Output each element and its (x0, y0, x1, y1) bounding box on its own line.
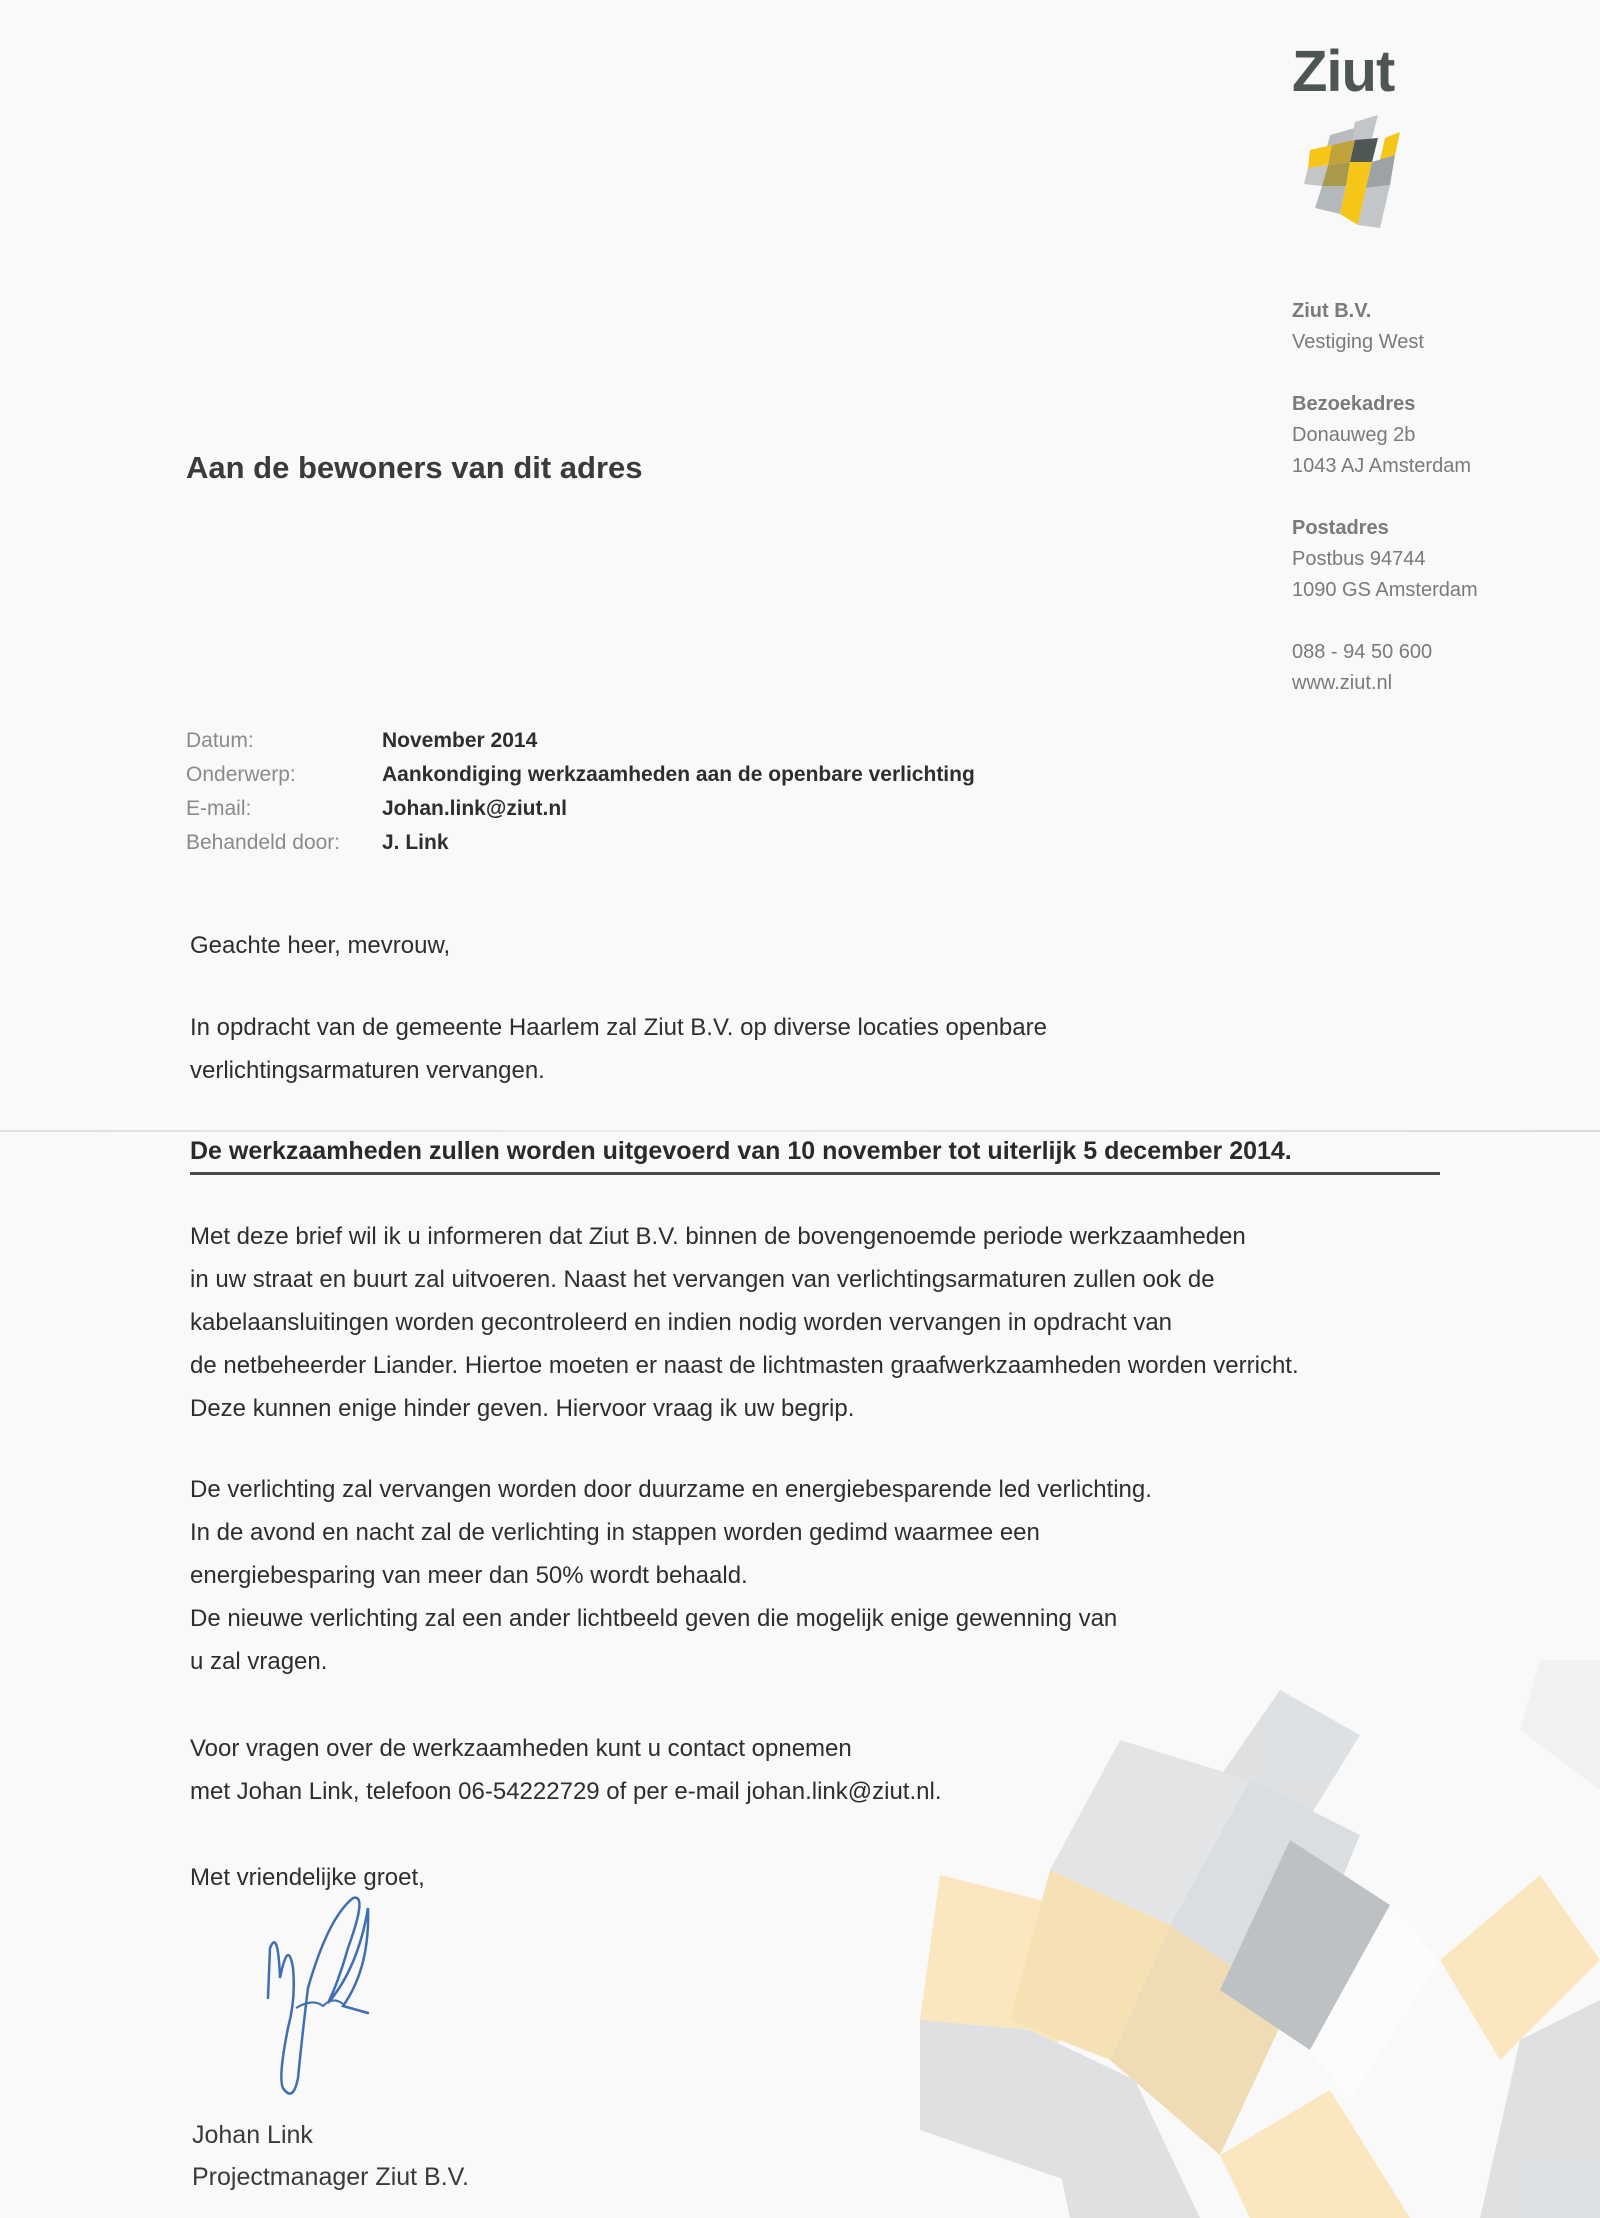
meta-value: November 2014 (382, 724, 537, 758)
addressee-heading: Aan de bewoners van dit adres (186, 450, 643, 486)
meta-value: J. Link (382, 826, 449, 860)
sender-phone: 088 - 94 50 600 (1292, 637, 1478, 668)
meta-row-email: E-mail: Johan.link@ziut.nl (186, 792, 975, 826)
ziut-checker-logo-icon (1300, 110, 1460, 270)
text-line: De nieuwe verlichting zal een ander lich… (190, 1597, 1520, 1640)
text-line: u zal vragen. (190, 1640, 1520, 1683)
post-address-label: Postadres (1292, 513, 1478, 544)
signature-icon (258, 1888, 398, 2108)
text-line: De verlichting zal vervangen worden door… (190, 1468, 1520, 1511)
letter-meta-table: Datum: November 2014 Onderwerp: Aankondi… (186, 724, 975, 860)
meta-label: Behandeld door: (186, 826, 382, 860)
meta-value: Aankondiging werkzaamheden aan de openba… (382, 758, 975, 792)
signer-name: Johan Link (192, 2114, 469, 2156)
work-period-notice: De werkzaamheden zullen worden uitgevoer… (190, 1131, 1440, 1175)
sender-website[interactable]: www.ziut.nl (1292, 668, 1478, 699)
meta-value-email[interactable]: Johan.link@ziut.nl (382, 792, 567, 826)
meta-label: Onderwerp: (186, 758, 382, 792)
meta-label: Datum: (186, 724, 382, 758)
visit-city: 1043 AJ Amsterdam (1292, 451, 1478, 482)
visit-street: Donauweg 2b (1292, 420, 1478, 451)
meta-row-date: Datum: November 2014 (186, 724, 975, 758)
paragraph-details: Met deze brief wil ik u informeren dat Z… (190, 1215, 1520, 1430)
text-line: verlichtingsarmaturen vervangen. (190, 1049, 1520, 1092)
meta-label: E-mail: (186, 792, 382, 826)
paragraph-led: De verlichting zal vervangen worden door… (190, 1468, 1520, 1683)
text-line: In opdracht van de gemeente Haarlem zal … (190, 1006, 1520, 1049)
visit-address-label: Bezoekadres (1292, 389, 1478, 420)
text-line: in uw straat en buurt zal uitvoeren. Naa… (190, 1258, 1520, 1301)
text-line: Deze kunnen enige hinder geven. Hiervoor… (190, 1387, 1520, 1430)
text-line: In de avond en nacht zal de verlichting … (190, 1511, 1520, 1554)
text-line: Met deze brief wil ik u informeren dat Z… (190, 1215, 1520, 1258)
post-box: Postbus 94744 (1292, 544, 1478, 575)
meta-row-subject: Onderwerp: Aankondiging werkzaamheden aa… (186, 758, 975, 792)
paragraph-contact: Voor vragen over de werkzaamheden kunt u… (190, 1727, 1520, 1813)
sender-branch: Vestiging West (1292, 327, 1478, 358)
text-line: energiebesparing van meer dan 50% wordt … (190, 1554, 1520, 1597)
sender-company: Ziut B.V. (1292, 296, 1478, 327)
meta-row-handled-by: Behandeld door: J. Link (186, 826, 975, 860)
text-line: met Johan Link, telefoon 06-54222729 of … (190, 1770, 1520, 1813)
signer-title: Projectmanager Ziut B.V. (192, 2156, 469, 2198)
sender-address-block: Ziut B.V. Vestiging West Bezoekadres Don… (1292, 296, 1478, 699)
paragraph-intro: In opdracht van de gemeente Haarlem zal … (190, 1006, 1520, 1092)
text-line: kabelaansluitingen worden gecontroleerd … (190, 1301, 1520, 1344)
signer-block: Johan Link Projectmanager Ziut B.V. (192, 2114, 469, 2198)
post-city: 1090 GS Amsterdam (1292, 575, 1478, 606)
salutation: Geachte heer, mevrouw, (190, 924, 1520, 967)
text-line: Voor vragen over de werkzaamheden kunt u… (190, 1727, 1520, 1770)
text-line: de netbeheerder Liander. Hiertoe moeten … (190, 1344, 1520, 1387)
company-logo-text: Ziut (1292, 38, 1394, 105)
